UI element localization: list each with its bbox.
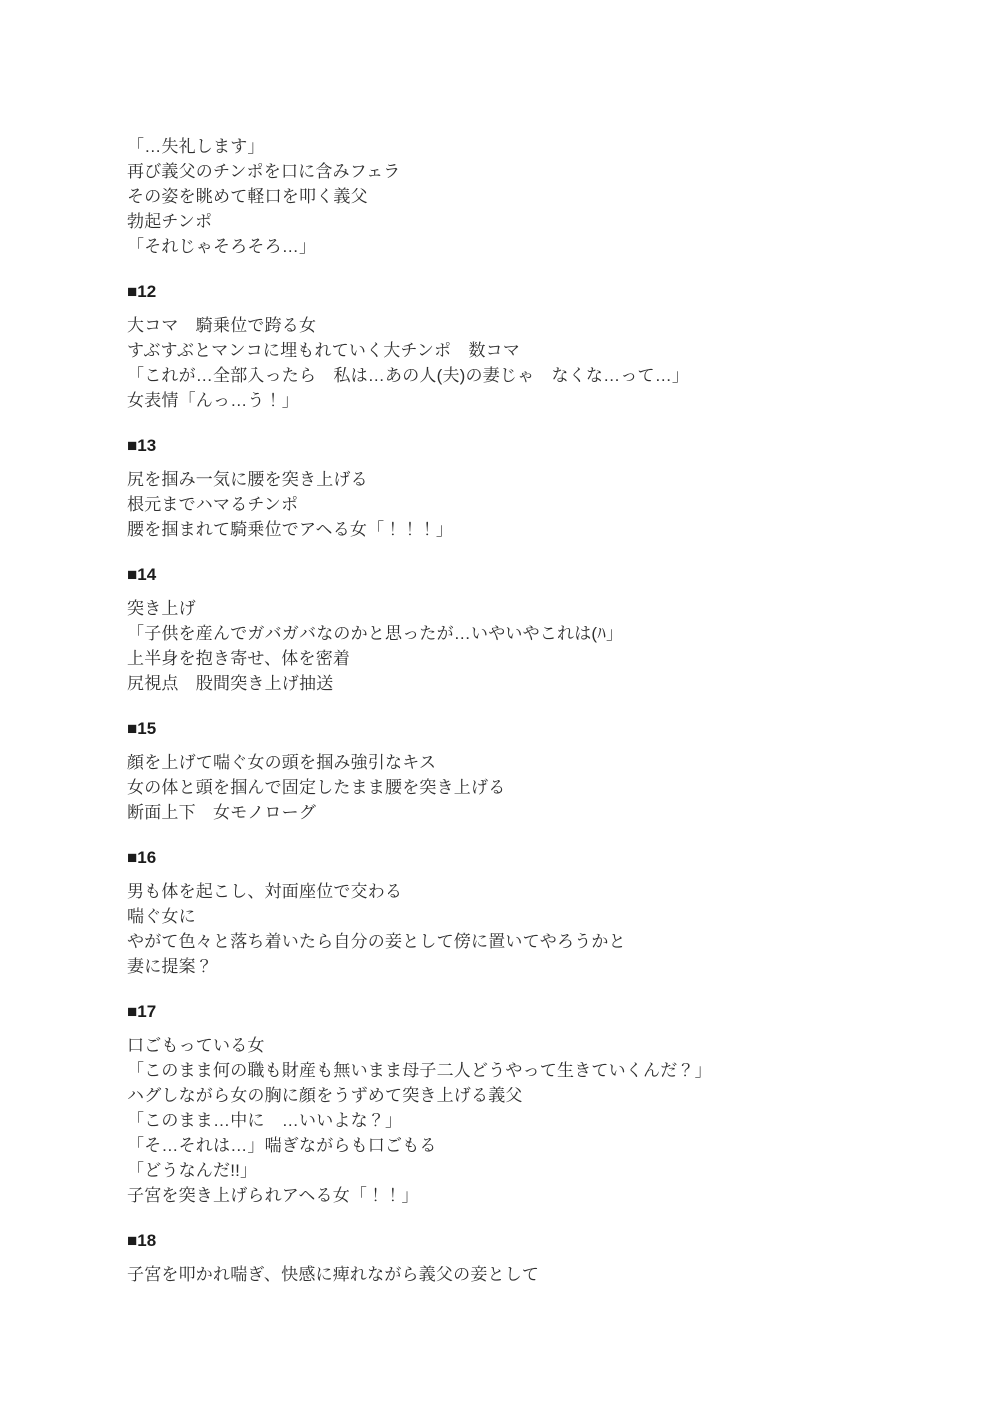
script-line: 再び義父のチンポを口に含みフェラ xyxy=(127,159,940,184)
script-line: 女表情「んっ…う！」 xyxy=(127,388,940,413)
section-heading: ■14 xyxy=(127,562,940,587)
script-line: 「…失礼します」 xyxy=(127,134,940,159)
script-line: 根元までハマるチンポ xyxy=(127,492,940,517)
script-line: 突き上げ xyxy=(127,596,940,621)
script-line: 「子供を産んでガバガバなのかと思ったが…いやいやこれは(ﾊ」 xyxy=(127,621,940,646)
intro-block: 「…失礼します」 再び義父のチンポを口に含みフェラ その姿を眺めて軽口を叩く義父… xyxy=(127,134,940,259)
script-line: 男も体を起こし、対面座位で交わる xyxy=(127,879,940,904)
section-heading: ■18 xyxy=(127,1228,940,1253)
section-heading: ■16 xyxy=(127,845,940,870)
script-line: 「それじゃそろそろ…」 xyxy=(127,234,940,259)
script-line: 「このまま何の職も財産も無いまま母子二人どうやって生きていくんだ？」 xyxy=(127,1058,940,1083)
section-heading: ■12 xyxy=(127,279,940,304)
script-line: 子宮を叩かれ喘ぎ、快感に痺れながら義父の妾として xyxy=(127,1262,940,1287)
script-line: すぶすぶとマンコに埋もれていく大チンポ 数コマ xyxy=(127,338,940,363)
section-18: ■18 子宮を叩かれ喘ぎ、快感に痺れながら義父の妾として xyxy=(127,1228,940,1287)
script-line: 口ごもっている女 xyxy=(127,1033,940,1058)
section-heading: ■15 xyxy=(127,716,940,741)
section-16: ■16 男も体を起こし、対面座位で交わる 喘ぐ女に やがて色々と落ち着いたら自分… xyxy=(127,845,940,979)
script-line: やがて色々と落ち着いたら自分の妾として傍に置いてやろうかと xyxy=(127,929,940,954)
script-line: ハグしながら女の胸に顔をうずめて突き上げる義父 xyxy=(127,1083,940,1108)
section-15: ■15 顔を上げて喘ぐ女の頭を掴み強引なキス 女の体と頭を掴んで固定したまま腰を… xyxy=(127,716,940,825)
script-line: 尻を掴み一気に腰を突き上げる xyxy=(127,467,940,492)
section-heading: ■13 xyxy=(127,433,940,458)
script-line: その姿を眺めて軽口を叩く義父 xyxy=(127,184,940,209)
script-line: 「そ…それは…」喘ぎながらも口ごもる xyxy=(127,1133,940,1158)
script-line: 勃起チンポ xyxy=(127,209,940,234)
section-heading: ■17 xyxy=(127,999,940,1024)
script-line: 喘ぐ女に xyxy=(127,904,940,929)
script-text-body: 「…失礼します」 再び義父のチンポを口に含みフェラ その姿を眺めて軽口を叩く義父… xyxy=(127,134,940,1287)
script-line: 「これが…全部入ったら 私は…あの人(夫)の妻じゃ なくな…って…」 xyxy=(127,363,940,388)
script-line: 顔を上げて喘ぐ女の頭を掴み強引なキス xyxy=(127,750,940,775)
script-line: 大コマ 騎乗位で跨る女 xyxy=(127,313,940,338)
script-line: 女の体と頭を掴んで固定したまま腰を突き上げる xyxy=(127,775,940,800)
section-14: ■14 突き上げ 「子供を産んでガバガバなのかと思ったが…いやいやこれは(ﾊ」 … xyxy=(127,562,940,696)
section-12: ■12 大コマ 騎乗位で跨る女 すぶすぶとマンコに埋もれていく大チンポ 数コマ … xyxy=(127,279,940,413)
script-line: 上半身を抱き寄せ、体を密着 xyxy=(127,646,940,671)
section-13: ■13 尻を掴み一気に腰を突き上げる 根元までハマるチンポ 腰を掴まれて騎乗位で… xyxy=(127,433,940,542)
script-line: 腰を掴まれて騎乗位でアヘる女「！！！」 xyxy=(127,517,940,542)
script-line: 尻視点 股間突き上げ抽送 xyxy=(127,671,940,696)
script-document-page: 「…失礼します」 再び義父のチンポを口に含みフェラ その姿を眺めて軽口を叩く義父… xyxy=(0,0,1000,1419)
script-line: 子宮を突き上げられアヘる女「！！」 xyxy=(127,1183,940,1208)
script-line: 「どうなんだ!!」 xyxy=(127,1158,940,1183)
script-line: 「このまま…中に …いいよな？」 xyxy=(127,1108,940,1133)
section-17: ■17 口ごもっている女 「このまま何の職も財産も無いまま母子二人どうやって生き… xyxy=(127,999,940,1208)
script-line: 妻に提案？ xyxy=(127,954,940,979)
script-line: 断面上下 女モノローグ xyxy=(127,800,940,825)
